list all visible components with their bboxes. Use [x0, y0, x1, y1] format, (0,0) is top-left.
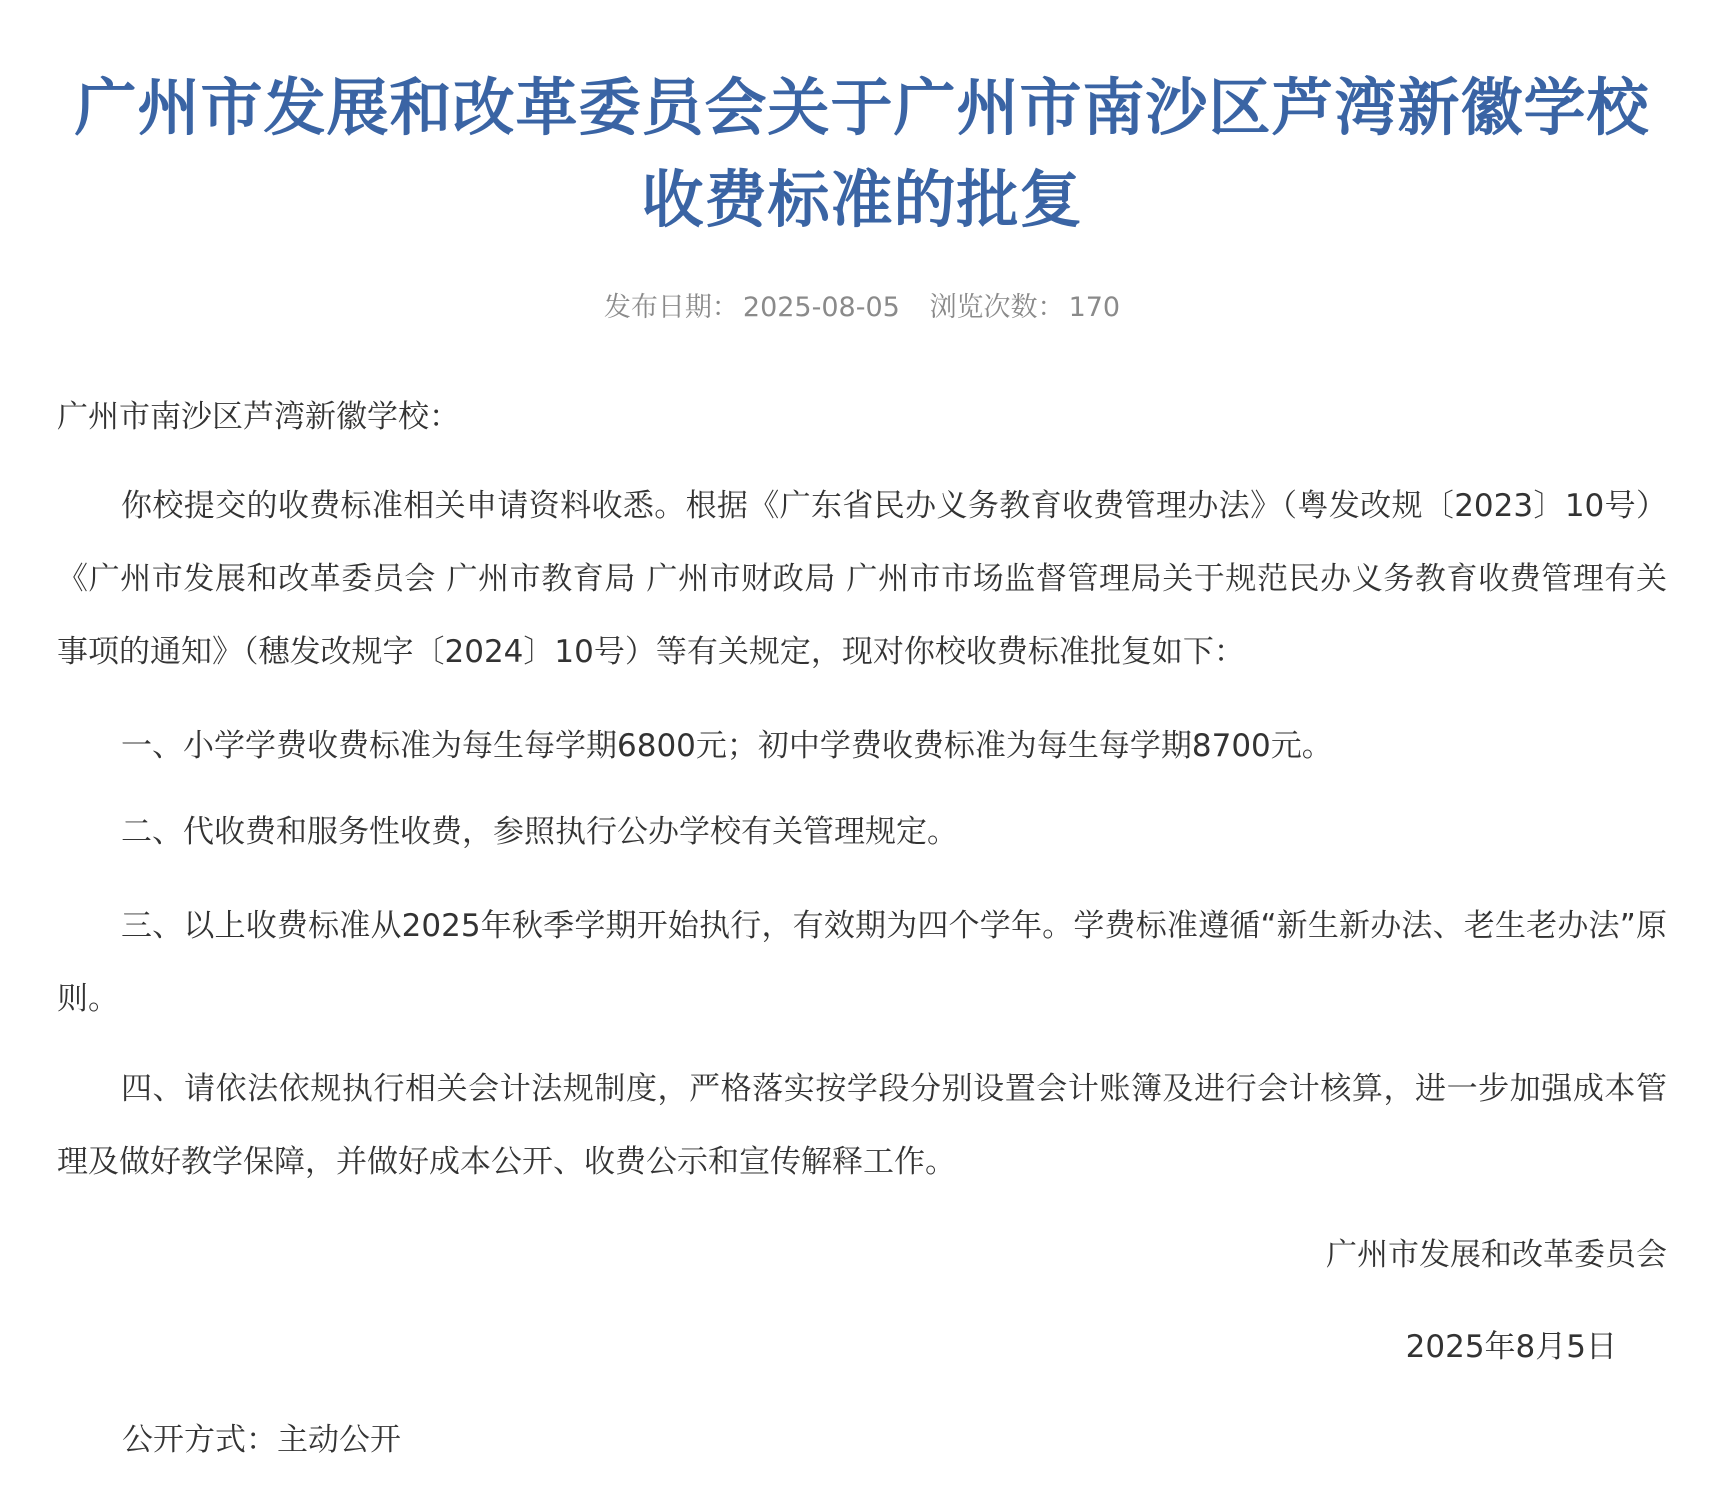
salutation: 广州市南沙区芦湾新徽学校：: [57, 397, 460, 437]
document-meta: 发布日期：2025-08-05 浏览次数：170: [57, 288, 1667, 328]
paragraph-item-4: 四、请依法依规执行相关会计法规制度，严格落实按学段分别设置会计账簿及进行会计核算…: [57, 1053, 1667, 1199]
paragraph-preamble: 你校提交的收费标准相关申请资料收悉。根据《广东省民办义务教育收费管理办法》（粤发…: [57, 470, 1667, 689]
views-label: 浏览次数：: [930, 292, 1065, 323]
paragraph-item-3: 三、以上收费标准从2025年秋季学期开始执行，有效期为四个学年。学费标准遵循“新…: [57, 890, 1667, 1036]
views-count: 170: [1069, 292, 1121, 323]
signature-date: 2025年8月5日: [1406, 1327, 1617, 1367]
publish-date: 2025-08-05: [743, 292, 900, 323]
paragraph-item-1: 一、小学学费收费标准为每生每学期6800元；初中学费收费标准为每生每学期8700…: [57, 710, 1667, 783]
paragraph-item-2: 二、代收费和服务性收费，参照执行公办学校有关管理规定。: [57, 796, 1667, 869]
document-title: 广州市发展和改革委员会关于广州市南沙区芦湾新徽学校收费标准的批复: [57, 62, 1667, 246]
publish-date-label: 发布日期：: [604, 292, 739, 323]
issuer-signature: 广州市发展和改革委员会: [1326, 1235, 1667, 1275]
disclosure-method: 公开方式：主动公开: [122, 1420, 401, 1460]
